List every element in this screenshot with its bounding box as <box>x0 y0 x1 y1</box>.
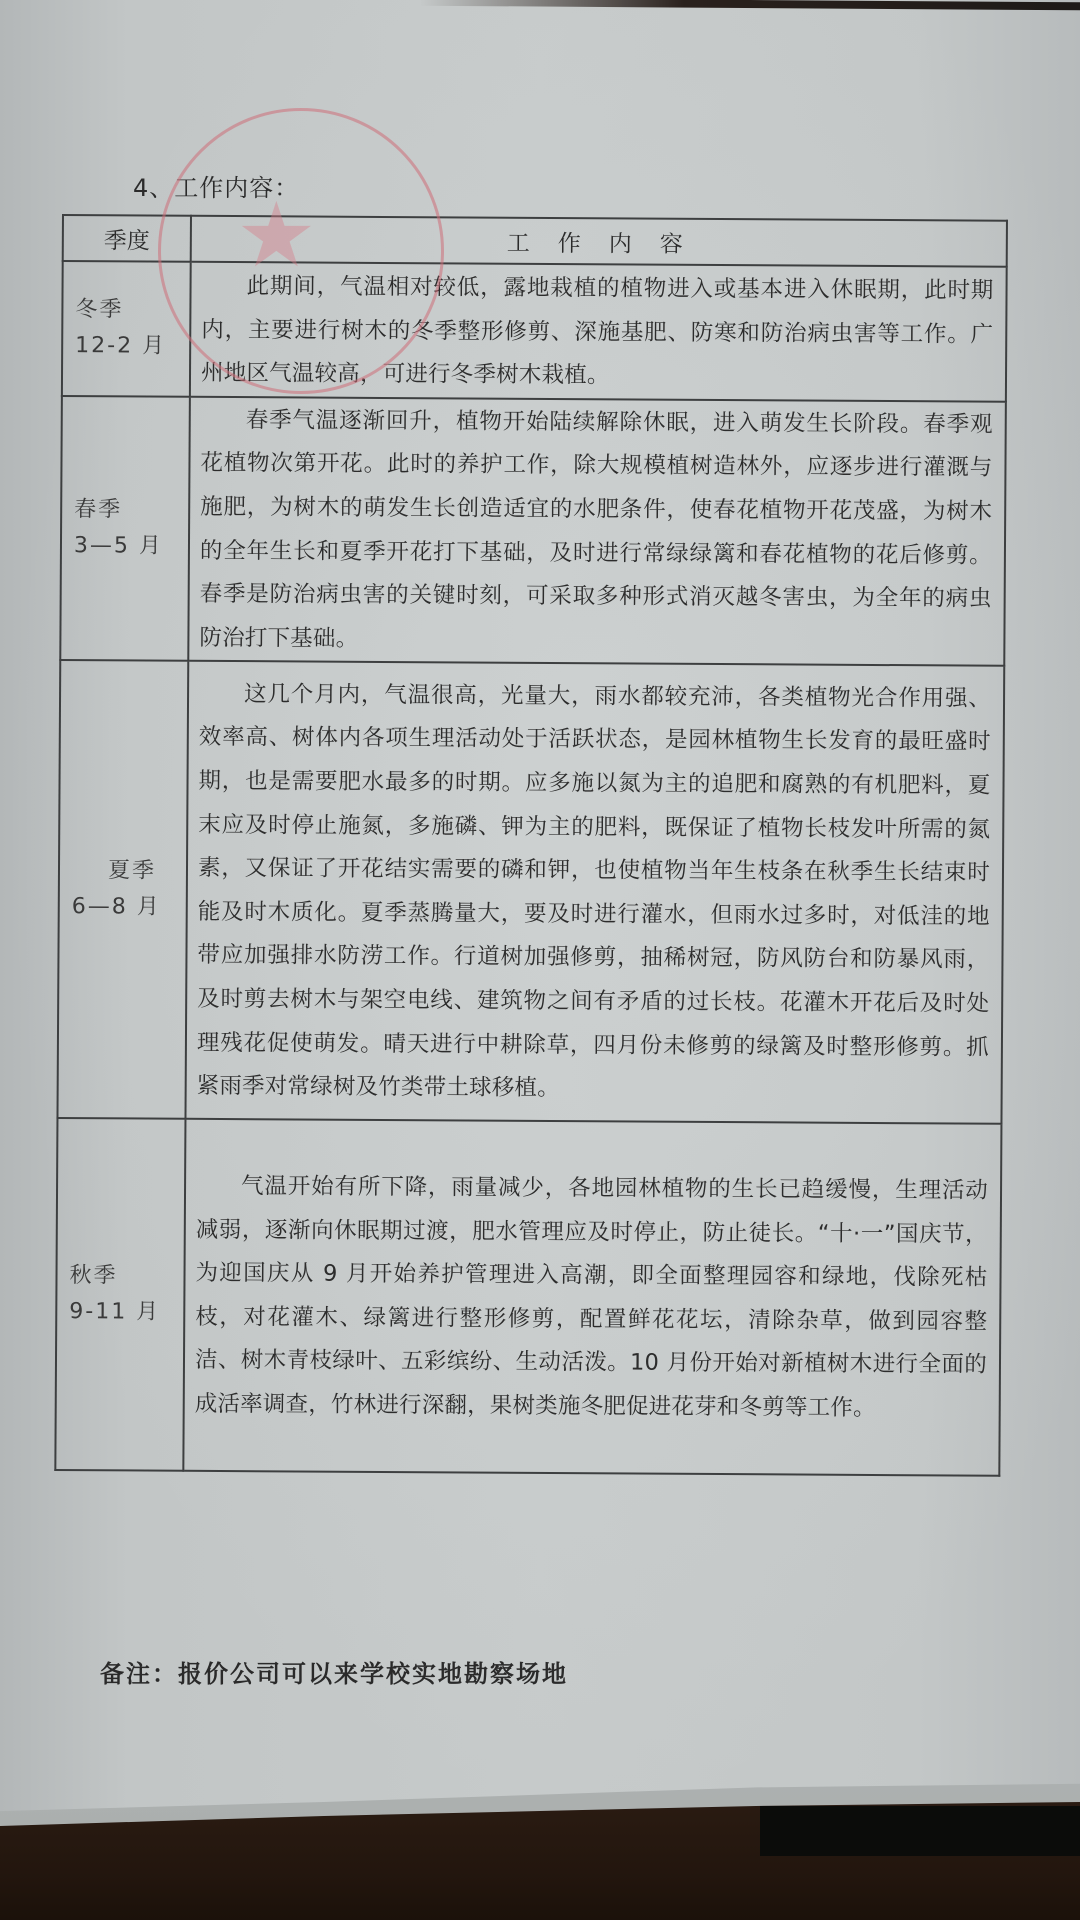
content-cell: 气温开始有所下降，雨量减少，各地园林植物的生长已趋缓慢，生理活动减弱，逐渐向休眠… <box>183 1119 1001 1476</box>
table-row-spring: 春季 3—5 月 春季气温逐渐回升，植物开始陆续解除休眠，进入萌发生长阶段。春季… <box>60 396 1006 666</box>
table-row-autumn: 秋季 9-11 月 气温开始有所下降，雨量减少，各地园林植物的生长已趋缓慢，生理… <box>55 1118 1001 1476</box>
desk-dark-object <box>760 1806 1080 1856</box>
section-title: 4、工作内容： <box>133 168 299 203</box>
season-months: 3—5 月 <box>74 528 188 565</box>
season-months: 12-2 月 <box>75 328 189 365</box>
content-cell: 这几个月内，气温很高，光量大，雨水都较充沛，各类植物光合作用强、效率高、树体内各… <box>185 661 1004 1124</box>
season-name: 秋季 <box>69 1258 183 1295</box>
header-content: 工作内容 <box>191 216 1007 267</box>
season-name: 冬季 <box>75 292 189 329</box>
season-months: 6—8 月 <box>72 889 186 926</box>
content-cell: 春季气温逐渐回升，植物开始陆续解除休眠，进入萌发生长阶段。春季观花植物次第开花。… <box>188 397 1006 667</box>
table-row-winter: 冬季 12-2 月 此期间，气温相对较低，露地栽植的植物进入或基本进入休眠期，此… <box>62 261 1007 402</box>
season-name: 春季 <box>74 492 188 529</box>
table-header-row: 季度 工作内容 <box>63 215 1007 267</box>
season-months: 9-11 月 <box>69 1294 183 1331</box>
season-cell: 秋季 9-11 月 <box>55 1118 185 1471</box>
season-name: 夏季 <box>72 853 186 890</box>
table-row-summer: 夏季 6—8 月 这几个月内，气温很高，光量大，雨水都较充沛，各类植物光合作用强… <box>57 660 1004 1124</box>
season-cell: 冬季 12-2 月 <box>62 261 191 397</box>
header-season: 季度 <box>63 215 191 262</box>
work-content-table: 季度 工作内容 冬季 12-2 月 此期间，气温相对较低，露地栽植的植物进入或基… <box>54 214 1008 1477</box>
content-cell: 此期间，气温相对较低，露地栽植的植物进入或基本进入休眠期，此时期内，主要进行树木… <box>190 262 1007 402</box>
season-cell: 夏季 6—8 月 <box>57 660 188 1119</box>
season-cell: 春季 3—5 月 <box>60 396 190 661</box>
remark-note: 备注：报价公司可以来学校实地勘察场地 <box>100 1654 568 1689</box>
